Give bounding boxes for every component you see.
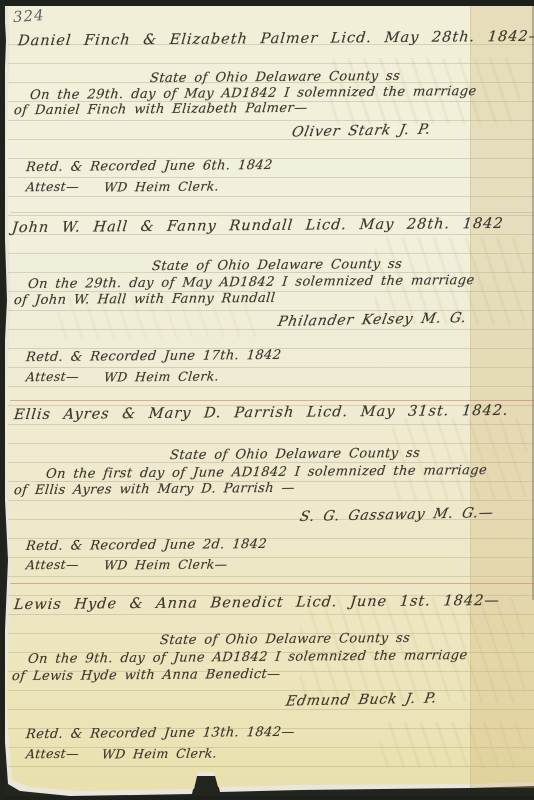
officiant-signature: S. G. Gassaway M. G.— <box>299 506 495 524</box>
page-number: 324 <box>12 6 45 26</box>
book-gutter-left <box>0 0 5 800</box>
recorded-line: Retd. & Recorded June 17th. 1842 <box>25 349 282 364</box>
entry-body-line: of John W. Hall with Fanny Rundall <box>13 292 275 307</box>
recorded-line: Retd. & Recorded June 2d. 1842 <box>25 538 267 553</box>
entry-body-line: On the 9th. day of June AD1842 I solemni… <box>27 649 468 666</box>
attest-label: Attest— <box>25 181 79 194</box>
entry-body-line: On the 29th. day of May AD1842 I solemni… <box>29 85 477 102</box>
entry-body-line: of Daniel Finch with Elizabeth Palmer— <box>13 102 308 118</box>
entry-body-line: On the 29th. day of May AD1842 I solemni… <box>27 274 475 291</box>
clerk-signature: WD Heim Clerk. <box>103 370 219 384</box>
officiant-signature: Philander Kelsey M. G. <box>277 311 468 329</box>
entry-state-line: State of Ohio Delaware County ss <box>159 632 410 647</box>
entry-body-line: of Ellis Ayres with Mary D. Parrish — <box>13 482 295 497</box>
entry-state-line: State of Ohio Delaware County ss <box>169 447 420 462</box>
entry-state-line: State of Ohio Delaware County ss <box>151 258 402 273</box>
recorded-line: Retd. & Recorded June 13th. 1842— <box>25 726 295 741</box>
officiant-signature: Edmund Buck J. P. <box>285 691 439 708</box>
entry-separator <box>10 583 534 584</box>
officiant-signature: Oliver Stark J. P. <box>291 123 432 140</box>
attest-label: Attest— <box>25 748 79 761</box>
book-gutter-top <box>0 0 534 6</box>
clerk-signature: WD Heim Clerk— <box>103 558 228 572</box>
clerk-signature: WD Heim Clerk. <box>103 180 219 194</box>
entry-state-line: State of Ohio Delaware County ss <box>149 70 400 85</box>
entry-separator <box>10 400 534 401</box>
entry-separator <box>10 212 534 213</box>
attest-label: Attest— <box>25 559 79 572</box>
entry-body-line: of Lewis Hyde with Anna Benedict— <box>11 668 281 683</box>
scanned-ledger-page: { "page": { "page_number": "324", "paper… <box>0 0 534 800</box>
entry-body-line: On the first day of June AD1842 I solemn… <box>45 464 487 481</box>
attest-label: Attest— <box>25 371 79 384</box>
clerk-signature: WD Heim Clerk. <box>101 747 217 761</box>
book-gutter-bottom <box>0 796 534 800</box>
recorded-line: Retd. & Recorded June 6th. 1842 <box>25 159 273 174</box>
